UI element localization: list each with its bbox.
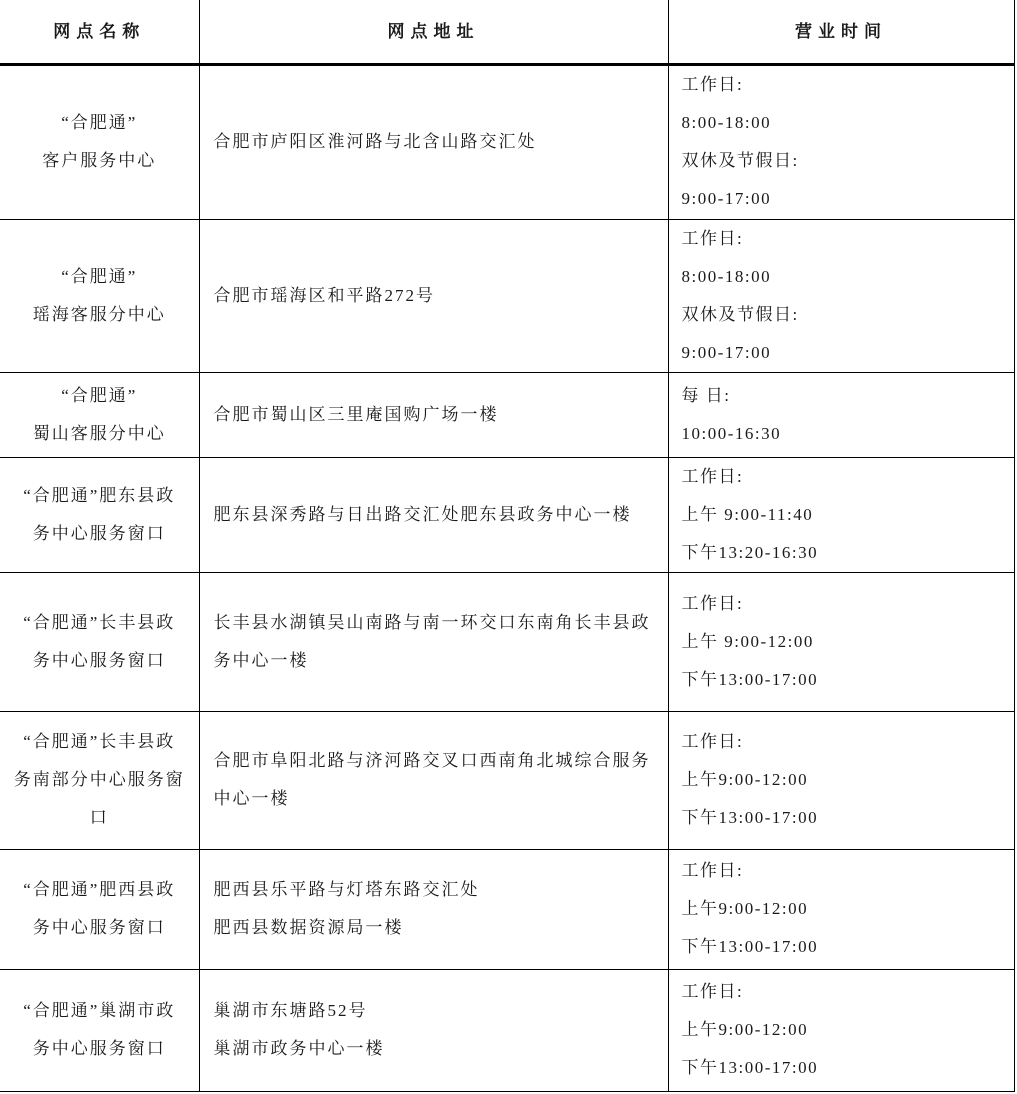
site-hours-cell: 工作日: 上午 9:00-11:40 下午13:20-16:30 <box>668 457 1014 572</box>
column-header-site-name: 网点名称 <box>0 0 199 64</box>
site-name-cell: “合肥通”巢湖市政 务中心服务窗口 <box>0 969 199 1091</box>
site-address-cell: 合肥市蜀山区三里庵国购广场一楼 <box>199 372 668 457</box>
service-points-table: 网点名称 网点地址 营业时间 “合肥通” 客户服务中心 合肥市庐阳区淮河路与北含… <box>0 0 1015 1092</box>
site-address-cell: 合肥市阜阳北路与济河路交叉口西南角北城综合服务 中心一楼 <box>199 711 668 849</box>
table-row: “合肥通”长丰县政 务南部分中心服务窗 口 合肥市阜阳北路与济河路交叉口西南角北… <box>0 711 1014 849</box>
site-address-cell: 合肥市庐阳区淮河路与北含山路交汇处 <box>199 64 668 219</box>
site-address-cell: 长丰县水湖镇吴山南路与南一环交口东南角长丰县政 务中心一楼 <box>199 572 668 711</box>
site-hours-cell: 工作日: 8:00-18:00 双休及节假日: 9:00-17:00 <box>668 64 1014 219</box>
site-name-cell: “合肥通”长丰县政 务中心服务窗口 <box>0 572 199 711</box>
site-name-cell: “合肥通”肥西县政 务中心服务窗口 <box>0 849 199 969</box>
column-header-site-address: 网点地址 <box>199 0 668 64</box>
site-name-cell: “合肥通”肥东县政 务中心服务窗口 <box>0 457 199 572</box>
site-address-cell: 合肥市瑶海区和平路272号 <box>199 219 668 372</box>
column-header-business-hours: 营业时间 <box>668 0 1014 64</box>
table-row: “合肥通”肥西县政 务中心服务窗口 肥西县乐平路与灯塔东路交汇处 肥西县数据资源… <box>0 849 1014 969</box>
site-hours-cell: 每 日: 10:00-16:30 <box>668 372 1014 457</box>
table-row: “合肥通” 客户服务中心 合肥市庐阳区淮河路与北含山路交汇处 工作日: 8:00… <box>0 64 1014 219</box>
site-name-cell: “合肥通” 蜀山客服分中心 <box>0 372 199 457</box>
table-row: “合肥通”巢湖市政 务中心服务窗口 巢湖市东塘路52号 巢湖市政务中心一楼 工作… <box>0 969 1014 1091</box>
site-name-cell: “合肥通”长丰县政 务南部分中心服务窗 口 <box>0 711 199 849</box>
table-row: “合肥通”肥东县政 务中心服务窗口 肥东县深秀路与日出路交汇处肥东县政务中心一楼… <box>0 457 1014 572</box>
site-address-cell: 肥东县深秀路与日出路交汇处肥东县政务中心一楼 <box>199 457 668 572</box>
table-row: “合肥通”长丰县政 务中心服务窗口 长丰县水湖镇吴山南路与南一环交口东南角长丰县… <box>0 572 1014 711</box>
table-row: “合肥通” 瑶海客服分中心 合肥市瑶海区和平路272号 工作日: 8:00-18… <box>0 219 1014 372</box>
site-hours-cell: 工作日: 上午9:00-12:00 下午13:00-17:00 <box>668 969 1014 1091</box>
table-row: “合肥通” 蜀山客服分中心 合肥市蜀山区三里庵国购广场一楼 每 日: 10:00… <box>0 372 1014 457</box>
site-hours-cell: 工作日: 上午 9:00-12:00 下午13:00-17:00 <box>668 572 1014 711</box>
site-address-cell: 肥西县乐平路与灯塔东路交汇处 肥西县数据资源局一楼 <box>199 849 668 969</box>
site-address-cell: 巢湖市东塘路52号 巢湖市政务中心一楼 <box>199 969 668 1091</box>
site-name-cell: “合肥通” 瑶海客服分中心 <box>0 219 199 372</box>
site-hours-cell: 工作日: 上午9:00-12:00 下午13:00-17:00 <box>668 849 1014 969</box>
header-row: 网点名称 网点地址 营业时间 <box>0 0 1014 64</box>
site-hours-cell: 工作日: 8:00-18:00 双休及节假日: 9:00-17:00 <box>668 219 1014 372</box>
site-hours-cell: 工作日: 上午9:00-12:00 下午13:00-17:00 <box>668 711 1014 849</box>
site-name-cell: “合肥通” 客户服务中心 <box>0 64 199 219</box>
